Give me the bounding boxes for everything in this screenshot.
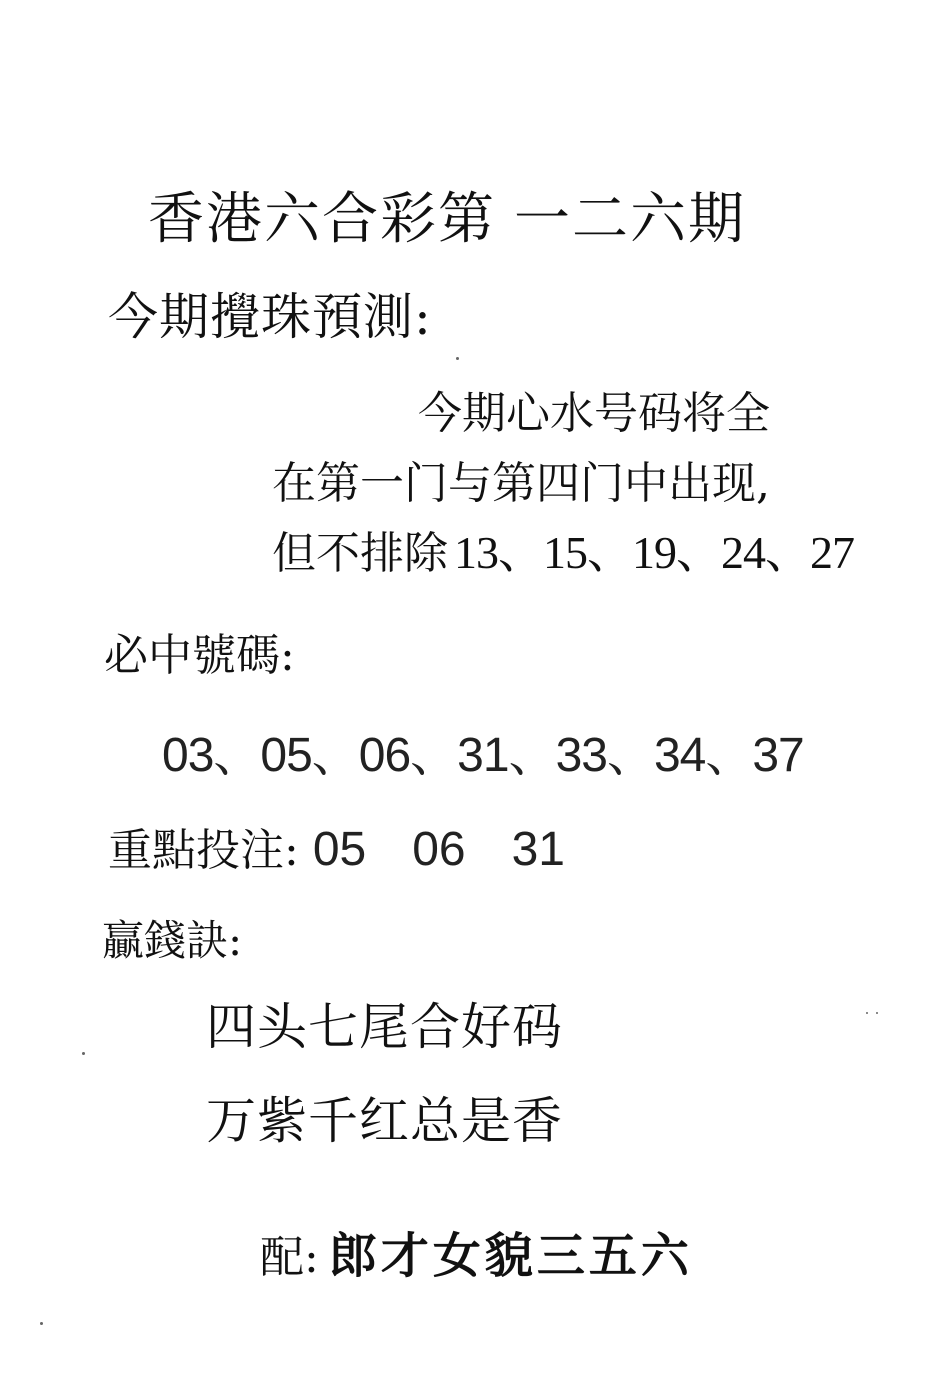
focus-bet-row: 重點投注: 050631 [108,826,611,874]
focus-number: 06 [412,823,465,876]
forecast-line-3: 但不排除13、15、19、24、27 [272,530,854,576]
pairing-value: 郎才女貌三五六 [329,1228,693,1284]
scan-speck [876,1012,878,1014]
scan-speck [40,1322,43,1325]
page-title: 香港六合彩第一二六期 [148,192,746,248]
scan-speck [456,357,459,360]
pairing-label: 配: [260,1232,319,1283]
focus-number: 31 [512,823,565,876]
forecast-heading: 今期攪珠預測: [108,292,432,342]
title-main: 香港六合彩第 [148,187,496,252]
winning-verse-line-2: 万紫千红总是香 [206,1096,563,1146]
pairing-row: 配:郎才女貌三五六 [260,1232,693,1280]
title-issue: 一二六期 [514,187,746,252]
focus-number: 05 [313,823,366,876]
must-hit-numbers: 03、05、06、31、33、34、37 [162,732,804,780]
winning-verse-heading: 贏錢訣: [102,920,242,962]
excluded-numbers: 13、15、19、24、27 [454,527,854,578]
scan-speck [82,1052,85,1055]
focus-bet-heading: 重點投注: [108,825,299,876]
winning-verse-line-1: 四头七尾合好码 [206,1002,563,1052]
focus-bet-numbers: 050631 [313,823,611,876]
forecast-line-1: 今期心水号码将全 [418,392,770,436]
forecast-line-3-text: 但不排除 [272,528,448,579]
scan-speck [866,1012,868,1014]
must-hit-heading: 必中號碼: [104,634,295,678]
forecast-line-2: 在第一门与第四门中出现, [272,462,770,506]
